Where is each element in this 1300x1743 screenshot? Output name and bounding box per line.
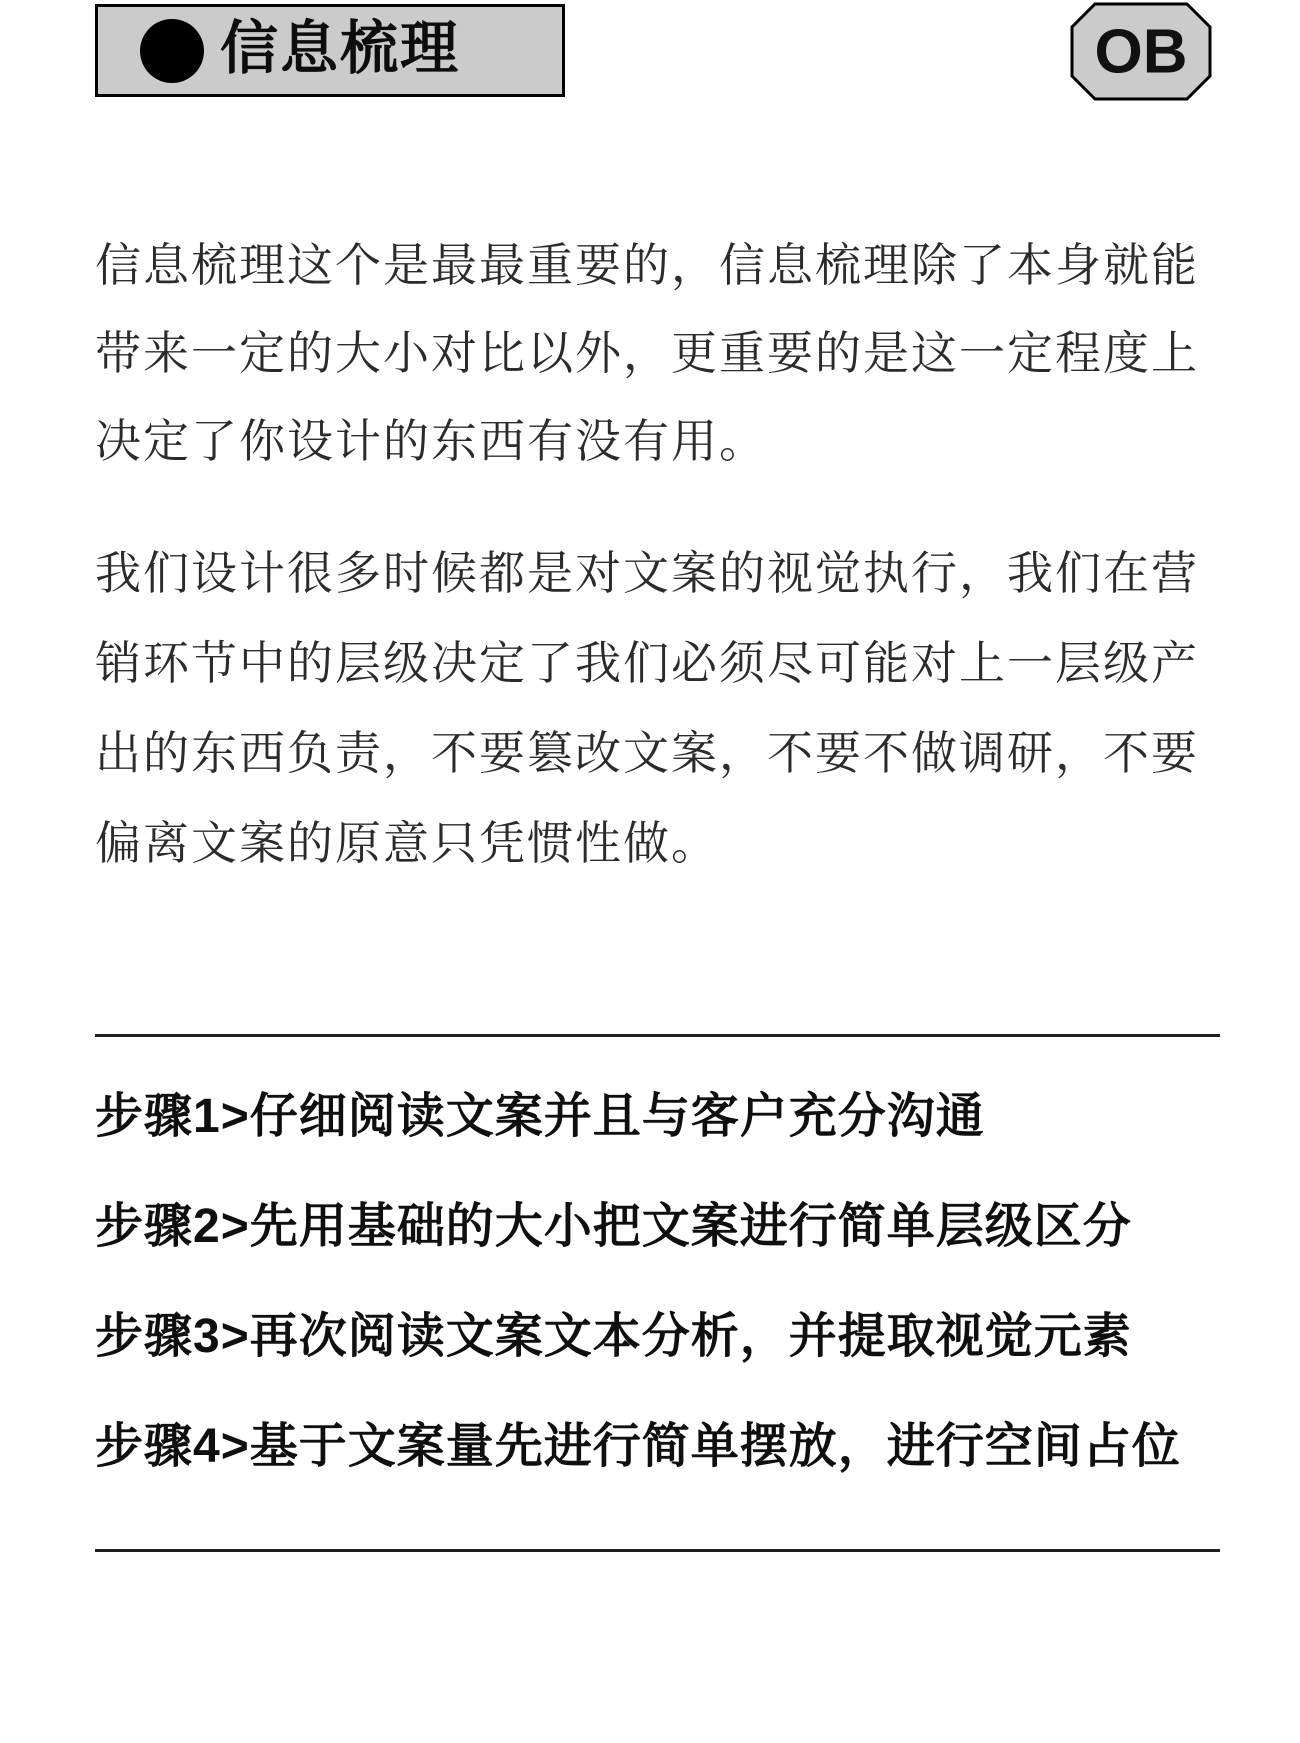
steps-list: 步骤1>仔细阅读文案并且与客户充分沟通 步骤2>先用基础的大小把文案进行简单层级… (95, 1062, 1230, 1502)
step-item-4: 步骤4>基于文案量先进行简单摆放，进行空间占位 (95, 1392, 1230, 1502)
paragraph-line: 我们设计很多时候都是对文案的视觉执行，我们在营 (95, 528, 1230, 618)
paragraph-line: 决定了你设计的东西有没有用。 (95, 397, 1230, 485)
paragraph-line: 销环节中的层级决定了我们必须尽可能对上一层级产 (95, 618, 1230, 708)
ob-badge-label: OB (1095, 18, 1188, 87)
step-item-2: 步骤2>先用基础的大小把文案进行简单层级区分 (95, 1172, 1230, 1282)
bullet-circle-icon (140, 19, 204, 83)
paragraph-2: 我们设计很多时候都是对文案的视觉执行，我们在营 销环节中的层级决定了我们必须尽可… (95, 528, 1230, 888)
section-title-badge: 信息梳理 (95, 4, 565, 97)
paragraph-line: 带来一定的大小对比以外，更重要的是这一定程度上 (95, 309, 1230, 397)
divider-line (95, 1549, 1220, 1552)
paragraph-line: 出的东西负责，不要篡改文案，不要不做调研，不要 (95, 708, 1230, 798)
page: 信息梳理 OB 信息梳理这个是最最重要的，信息梳理除了本身就能 带来一定的大小对… (0, 0, 1300, 1743)
section-title: 信息梳理 (220, 20, 460, 82)
step-item-1: 步骤1>仔细阅读文案并且与客户充分沟通 (95, 1062, 1230, 1172)
ob-badge: OB (1070, 2, 1212, 101)
paragraph-line: 信息梳理这个是最最重要的，信息梳理除了本身就能 (95, 221, 1230, 309)
paragraph-1: 信息梳理这个是最最重要的，信息梳理除了本身就能 带来一定的大小对比以外，更重要的… (95, 221, 1230, 485)
octagon-icon: OB (1070, 2, 1212, 101)
paragraph-line: 偏离文案的原意只凭惯性做。 (95, 798, 1230, 888)
divider-line (95, 1034, 1220, 1037)
step-item-3: 步骤3>再次阅读文案文本分析，并提取视觉元素 (95, 1282, 1230, 1392)
